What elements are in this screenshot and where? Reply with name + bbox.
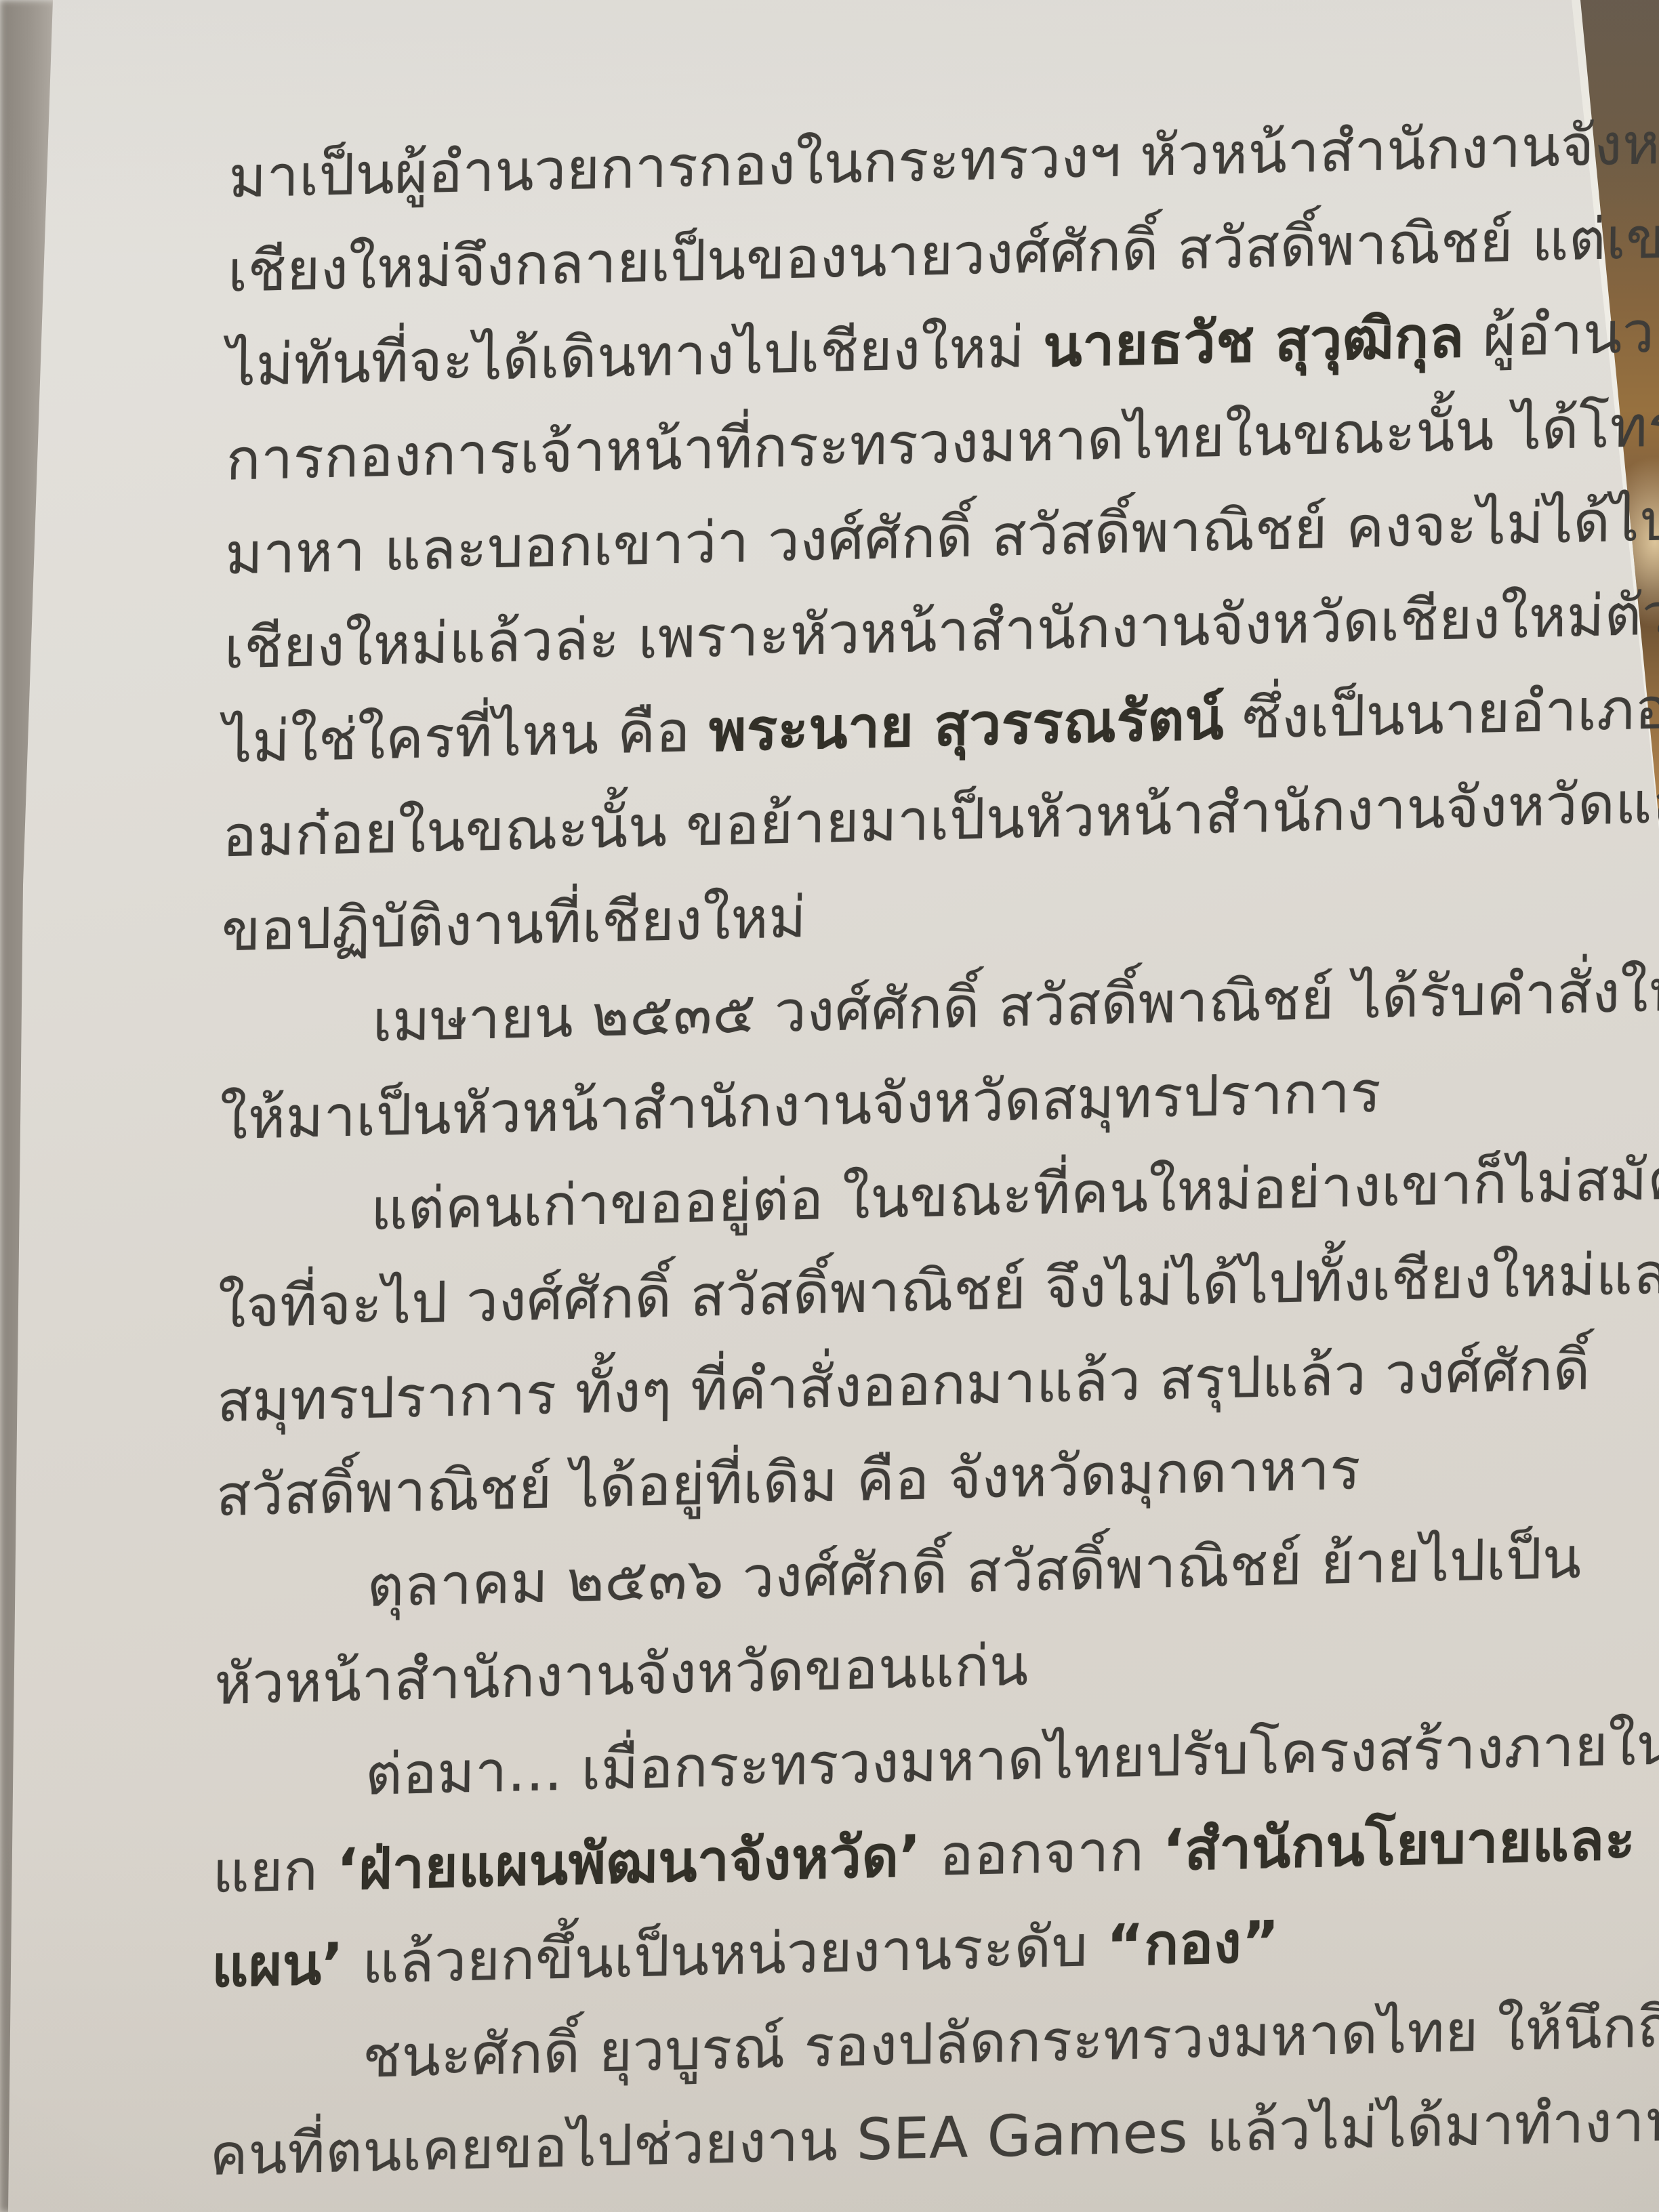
text-segment: ออกจาก xyxy=(921,1817,1164,1889)
text-segment: แต่คนเก่าขออยู่ต่อ ในขณะที่คนใหม่อย่างเข… xyxy=(371,1145,1659,1243)
text-segment: สมุทรปราการ ทั้งๆ ที่คำสั่งออกมาแล้ว สรุ… xyxy=(217,1336,1591,1435)
bold-text-segment: ‘สำนักนโยบายและ xyxy=(1162,1806,1636,1883)
text-segment: ชนะศักดิ์ ยุวบูรณ์ รองปลัดกระทรวงมหาดไทย… xyxy=(363,1992,1659,2090)
text-segment: ผู้อำนวย xyxy=(1464,298,1659,370)
text-segment: แล้วยกขึ้นเป็นหน่วยงานระดับ xyxy=(344,1912,1107,1996)
text-segment: สวัสดิ์พาณิชย์ ได้อยู่ที่เดิม คือ จังหวั… xyxy=(216,1435,1361,1529)
text-segment: ไม่ใช่ใครที่ไหน คือ xyxy=(223,698,709,776)
bold-text-segment: นายธวัช สุวุฒิกุล xyxy=(1043,304,1465,380)
bold-text-segment: ‘ฝ่ายแผนพัฒนาจังหวัด’ xyxy=(336,1822,921,1902)
book-page-photo: มาเป็นผู้อำนวยการกองในกระทรวงฯ หัวหน้าสำ… xyxy=(0,0,1659,2212)
text-segment: หัวหน้าสำนักงานจังหวัดขอนแก่น xyxy=(214,1632,1029,1717)
text-segment: ต่อมา... เมื่อกระทรวงมหาดไทยปรับโครงสร้า… xyxy=(365,1711,1659,1808)
text-segment: ตุลาคม ๒๕๓๖ วงศ์ศักดิ์ สวัสดิ์พาณิชย์ ย้… xyxy=(367,1525,1582,1620)
text-segment: เมษายน ๒๕๓๕ วงศ์ศักดิ์ สวัสดิ์พาณิชย์ ได… xyxy=(372,956,1659,1054)
bold-text-segment: แผน’ xyxy=(211,1930,344,2000)
bold-text-segment: พระนาย สุวรรณรัตน์ xyxy=(709,686,1225,764)
text-segment: แยก xyxy=(212,1837,337,1906)
bold-text-segment: “กอง” xyxy=(1106,1908,1279,1979)
text-segment: ไม่ทันที่จะได้เดินทางไปเชียงใหม่ xyxy=(227,313,1044,398)
text-segment: ให้มาเป็นหัวหน้าสำนักงานจังหวัดสมุทรปราก… xyxy=(220,1059,1382,1152)
text-segment: ซึ่งเป็นนายอำเภอ xyxy=(1224,675,1659,752)
page-text-block: มาเป็นผู้อำนวยการกองในกระทรวงฯ หัวหน้าสำ… xyxy=(209,99,1578,2203)
text-segment: ขอปฏิบัติงานที่เชียงใหม่ xyxy=(222,884,807,964)
